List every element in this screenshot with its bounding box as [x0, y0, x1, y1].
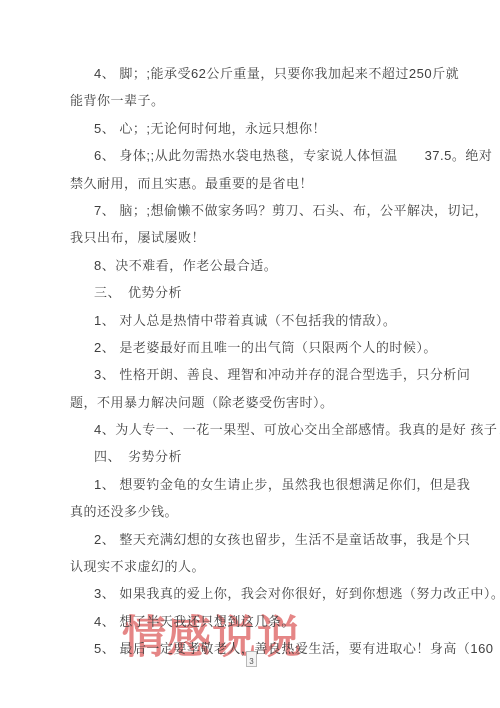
text-line: 4、 脚；;能承受62公斤重量，只要你我加起来不超过250斤就 — [70, 60, 438, 87]
document-page: 情感说说 4、 脚；;能承受62公斤重量，只要你我加起来不超过250斤就能背你一… — [0, 0, 500, 708]
text-line: 题，不用暴力解决问题（除老婆受伤害时）。 — [70, 389, 438, 416]
text-line: 6、 身体;;从此勿需热水袋电热毯，专家说人体恒温 37.5。绝对 — [70, 142, 438, 169]
text-line: 2、 整天充满幻想的女孩也留步，生活不是童话故事，我是个只 — [70, 526, 438, 553]
page-number-frame: 3 — [246, 651, 257, 667]
text-line: 三、 优势分析 — [70, 279, 438, 306]
text-line: 8、决不难看，作老公最合适。 — [70, 252, 438, 279]
page-number: 3 — [249, 657, 253, 666]
text-line: 认现实不求虚幻的人。 — [70, 553, 438, 580]
text-line: 能背你一辈子。 — [70, 87, 438, 114]
text-line: 4、 想了半天我还只想到这几条。 — [70, 608, 438, 635]
text-line: 7、 脑；;想偷懒不做家务吗？剪刀、石头、布，公平解决，切记， — [70, 197, 438, 224]
text-line: 3、 如果我真的爱上你，我会对你很好，好到你想逃（努力改正中）。 — [70, 580, 438, 607]
text-line: 5、 心；;无论何时何地，永远只想你！ — [70, 115, 438, 142]
text-line: 1、 对人总是热情中带着真诚（不包括我的情敌）。 — [70, 307, 438, 334]
text-line: 4、为人专一、一花一果型、可放心交出全部感情。我真的是好 孩子！ — [70, 416, 438, 443]
text-line: 真的还没多少钱。 — [70, 498, 438, 525]
text-line: 四、 劣势分析 — [70, 443, 438, 470]
text-line: 1、 想要钓金龟的女生请止步，虽然我也很想满足你们，但是我 — [70, 471, 438, 498]
text-line: 我只出布，屡试屡败！ — [70, 224, 438, 251]
text-line: 2、 是老婆最好而且唯一的出气筒（只限两个人的时候）。 — [70, 334, 438, 361]
text-line: 3、 性格开朗、善良、理智和冲动并存的混合型选手，只分析问 — [70, 361, 438, 388]
text-line: 禁久耐用，而且实惠。最重要的是省电！ — [70, 170, 438, 197]
document-lines: 4、 脚；;能承受62公斤重量，只要你我加起来不超过250斤就能背你一辈子。5、… — [70, 60, 438, 663]
